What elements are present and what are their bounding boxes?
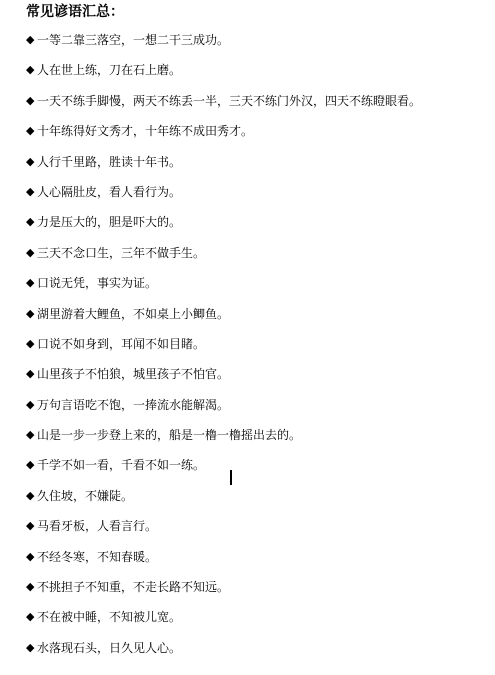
- list-item: ◆人心隔肚皮，看人看行为。: [26, 184, 421, 214]
- diamond-bullet-icon: ◆: [26, 488, 37, 504]
- list-item: ◆不挑担子不知重，不走长路不知远。: [26, 579, 421, 609]
- list-item: ◆湖里游着大鲤鱼，不如桌上小鲫鱼。: [26, 306, 421, 336]
- diamond-bullet-icon: ◆: [26, 275, 37, 291]
- list-item: ◆久住坡，不嫌陡。: [26, 488, 421, 518]
- diamond-bullet-icon: ◆: [26, 457, 37, 473]
- proverb-text: 湖里游着大鲤鱼，不如桌上小鲫鱼。: [37, 306, 229, 322]
- proverb-list: ◆一等二靠三落空，一想二干三成功。 ◆人在世上练，刀在石上磨。 ◆一天不练手脚慢…: [26, 32, 421, 670]
- proverb-text: 不挑担子不知重，不走长路不知远。: [37, 579, 229, 595]
- proverb-text: 山是一步一步登上来的，船是一橹一橹摇出去的。: [37, 427, 301, 443]
- diamond-bullet-icon: ◆: [26, 184, 37, 200]
- list-item: ◆一等二靠三落空，一想二干三成功。: [26, 32, 421, 62]
- list-item: ◆力是压大的，胆是吓大的。: [26, 214, 421, 244]
- proverb-text: 三天不念口生，三年不做手生。: [37, 245, 205, 261]
- diamond-bullet-icon: ◆: [26, 245, 37, 261]
- diamond-bullet-icon: ◆: [26, 214, 37, 230]
- list-item: ◆马看牙板，人看言行。: [26, 518, 421, 548]
- proverb-text: 马看牙板，人看言行。: [37, 518, 157, 534]
- diamond-bullet-icon: ◆: [26, 32, 37, 48]
- proverb-text: 口说无凭，事实为证。: [37, 275, 157, 291]
- list-item: ◆不在被中睡，不知被儿宽。: [26, 609, 421, 639]
- diamond-bullet-icon: ◆: [26, 306, 37, 322]
- list-item: ◆不经冬寒，不知春暖。: [26, 549, 421, 579]
- diamond-bullet-icon: ◆: [26, 518, 37, 534]
- diamond-bullet-icon: ◆: [26, 366, 37, 382]
- list-item: ◆十年练得好文秀才，十年练不成田秀才。: [26, 123, 421, 153]
- proverb-text: 口说不如身到，耳闻不如目睹。: [37, 336, 205, 352]
- diamond-bullet-icon: ◆: [26, 427, 37, 443]
- document-title: 常见谚语汇总：: [26, 3, 124, 21]
- diamond-bullet-icon: ◆: [26, 154, 37, 170]
- diamond-bullet-icon: ◆: [26, 640, 37, 656]
- diamond-bullet-icon: ◆: [26, 549, 37, 565]
- list-item: ◆一天不练手脚慢，两天不练丢一半，三天不练门外汉，四天不练瞪眼看。: [26, 93, 421, 123]
- list-item: ◆山里孩子不怕狼，城里孩子不怕官。: [26, 366, 421, 396]
- list-item: ◆口说无凭，事实为证。: [26, 275, 421, 305]
- proverb-text: 一等二靠三落空，一想二干三成功。: [37, 32, 229, 48]
- list-item: ◆人在世上练，刀在石上磨。: [26, 62, 421, 92]
- proverb-text: 水落现石头，日久见人心。: [37, 640, 181, 656]
- proverb-text: 十年练得好文秀才，十年练不成田秀才。: [37, 123, 253, 139]
- list-item: ◆千学不如一看，千看不如一练。: [26, 457, 421, 487]
- proverb-text: 不经冬寒，不知春暖。: [37, 549, 157, 565]
- diamond-bullet-icon: ◆: [26, 62, 37, 78]
- list-item: ◆人行千里路，胜读十年书。: [26, 154, 421, 184]
- proverb-text: 人行千里路，胜读十年书。: [37, 154, 181, 170]
- proverb-text: 力是压大的，胆是吓大的。: [37, 214, 181, 230]
- diamond-bullet-icon: ◆: [26, 336, 37, 352]
- proverb-text: 山里孩子不怕狼，城里孩子不怕官。: [37, 366, 229, 382]
- proverb-text: 人心隔肚皮，看人看行为。: [37, 184, 181, 200]
- diamond-bullet-icon: ◆: [26, 579, 37, 595]
- list-item: ◆万句言语吃不饱，一捧流水能解渴。: [26, 397, 421, 427]
- diamond-bullet-icon: ◆: [26, 397, 37, 413]
- diamond-bullet-icon: ◆: [26, 609, 37, 625]
- proverb-text: 不在被中睡，不知被儿宽。: [37, 609, 181, 625]
- diamond-bullet-icon: ◆: [26, 123, 37, 139]
- list-item: ◆山是一步一步登上来的，船是一橹一橹摇出去的。: [26, 427, 421, 457]
- proverb-text: 万句言语吃不饱，一捧流水能解渴。: [37, 397, 229, 413]
- proverb-text: 千学不如一看，千看不如一练。: [37, 457, 205, 473]
- proverb-text: 久住坡，不嫌陡。: [37, 488, 133, 504]
- list-item: ◆水落现石头，日久见人心。: [26, 640, 421, 670]
- list-item: ◆三天不念口生，三年不做手生。: [26, 245, 421, 275]
- text-cursor: [230, 470, 232, 485]
- list-item: ◆口说不如身到，耳闻不如目睹。: [26, 336, 421, 366]
- proverb-text: 人在世上练，刀在石上磨。: [37, 62, 181, 78]
- proverb-text: 一天不练手脚慢，两天不练丢一半，三天不练门外汉，四天不练瞪眼看。: [37, 93, 421, 109]
- diamond-bullet-icon: ◆: [26, 93, 37, 109]
